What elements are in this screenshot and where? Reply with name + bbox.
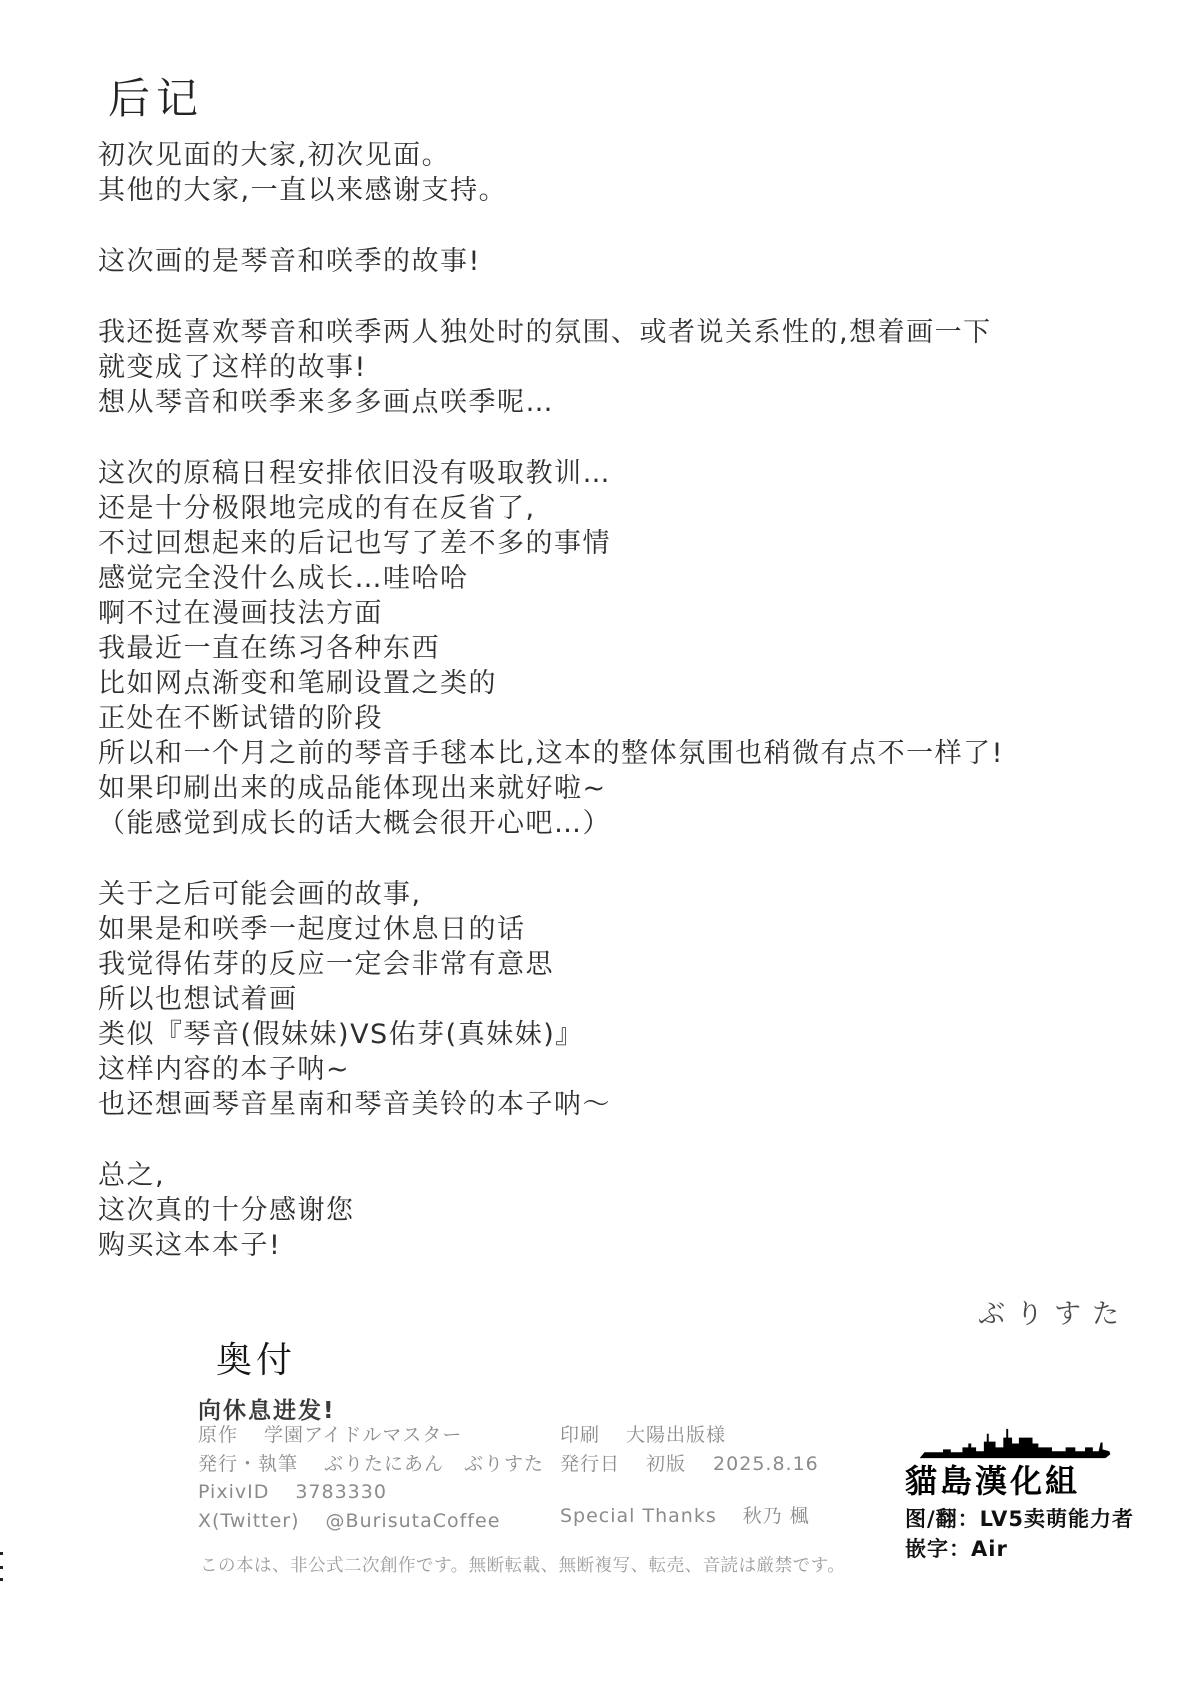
author-signature: ぶりすた xyxy=(978,1292,1130,1331)
colophon-row-label: Special Thanks xyxy=(560,1502,717,1531)
colophon-left-rows: 原作学園アイドルマスター発行・執筆ぶりたにあん ぶりすたPixivID37833… xyxy=(198,1421,558,1535)
afterword-line: 其他的大家,一直以来感谢支持。 xyxy=(98,173,1168,208)
colophon-row-value: 3783330 xyxy=(295,1478,387,1507)
afterword-line: 初次见面的大家,初次见面。 xyxy=(98,138,1168,173)
colophon-row: 印刷大陽出版様 xyxy=(560,1421,900,1450)
afterword-paragraph: 这次的原稿日程安排依旧没有吸取教训…还是十分极限地完成的有在反省了,不过回想起来… xyxy=(98,456,1168,841)
afterword-paragraph: 关于之后可能会画的故事,如果是和咲季一起度过休息日的话我觉得佑芽的反应一定会非常… xyxy=(98,877,1168,1122)
scanlation-credit-translation: 图/翻：LV5卖萌能力者 xyxy=(905,1504,1190,1534)
afterword-line: 我觉得佑芽的反应一定会非常有意思 xyxy=(98,947,1168,982)
afterword-paragraph: 我还挺喜欢琴音和咲季两人独处时的氛围、或者说关系性的,想着画一下就变成了这样的故… xyxy=(98,315,1168,420)
afterword-line: 这样内容的本子呐~ xyxy=(98,1052,1168,1087)
colophon-row-label: 印刷 xyxy=(560,1421,600,1450)
scanlation-credit-typesetting: 嵌字：Air xyxy=(905,1534,1190,1564)
afterword-line: 不过回想起来的后记也写了差不多的事情 xyxy=(98,526,1168,561)
colophon-heading: 奥付 xyxy=(216,1332,296,1383)
afterword-line: 如果印刷出来的成品能体现出来就好啦~ xyxy=(98,771,1168,806)
afterword-body: 初次见面的大家,初次见面。其他的大家,一直以来感谢支持。这次画的是琴音和咲季的故… xyxy=(98,138,1168,1299)
colophon-row-label: 原作 xyxy=(198,1421,238,1450)
colophon-right-rows: 印刷大陽出版様発行日初版 2025.8.16Special Thanks秋乃 楓 xyxy=(560,1421,900,1531)
colophon-row-value: 大陽出版様 xyxy=(626,1421,726,1450)
colophon-row-label: 発行日 xyxy=(560,1450,620,1479)
colophon-row: PixivID3783330 xyxy=(198,1478,558,1507)
colophon-row: X(Twitter)@BurisutaCoffee xyxy=(198,1507,558,1536)
afterword-line: 所以和一个月之前的琴音手毬本比,这本的整体氛围也稍微有点不一样了! xyxy=(98,736,1168,771)
colophon-row-label: PixivID xyxy=(198,1478,269,1507)
scanlation-logo-block: 貓島漢化組 图/翻：LV5卖萌能力者 嵌字：Air xyxy=(905,1426,1190,1564)
colophon-row-value: ぶりたにあん ぶりすた xyxy=(324,1450,544,1479)
afterword-line: 我还挺喜欢琴音和咲季两人独处时的氛围、或者说关系性的,想着画一下 xyxy=(98,315,1168,350)
warship-silhouette-icon xyxy=(917,1426,1113,1462)
colophon-row-value: 秋乃 楓 xyxy=(743,1502,810,1531)
afterword-line: 比如网点渐变和笔刷设置之类的 xyxy=(98,666,1168,701)
afterword-paragraph: 总之,这次真的十分感谢您购买这本本子! xyxy=(98,1158,1168,1263)
page-title: 后记 xyxy=(108,66,204,126)
colophon-row: 原作学園アイドルマスター xyxy=(198,1421,558,1450)
colophon-row: Special Thanks秋乃 楓 xyxy=(560,1502,900,1531)
afterword-line: 如果是和咲季一起度过休息日的话 xyxy=(98,912,1168,947)
afterword-line: 购买这本本子! xyxy=(98,1228,1168,1263)
afterword-line: 关于之后可能会画的故事, xyxy=(98,877,1168,912)
afterword-line: 所以也想试着画 xyxy=(98,982,1168,1017)
afterword-page: 后记 初次见面的大家,初次见面。其他的大家,一直以来感谢支持。这次画的是琴音和咲… xyxy=(0,0,1199,1690)
afterword-line: 就变成了这样的故事! xyxy=(98,350,1168,385)
colophon-disclaimer: この本は、非公式二次創作です。無断転載、無断複写、転売、音読は厳禁です。 xyxy=(200,1552,845,1577)
colophon-row-value: 学園アイドルマスター xyxy=(264,1421,462,1450)
afterword-line: 想从琴音和咲季来多多画点咲季呢… xyxy=(98,385,1168,420)
afterword-line: 感觉完全没什么成长…哇哈哈 xyxy=(98,561,1168,596)
afterword-line: 也还想画琴音星南和琴音美铃的本子呐～ xyxy=(98,1087,1168,1122)
colophon-row-value: 初版 2025.8.16 xyxy=(646,1450,819,1479)
afterword-line: 还是十分极限地完成的有在反省了, xyxy=(98,491,1168,526)
colophon-row-value: @BurisutaCoffee xyxy=(326,1507,501,1536)
afterword-line: 正处在不断试错的阶段 xyxy=(98,701,1168,736)
afterword-line: （能感觉到成长的话大概会很开心吧…） xyxy=(98,806,1168,841)
colophon-row-label: 発行・執筆 xyxy=(198,1450,298,1479)
afterword-line: 这次的原稿日程安排依旧没有吸取教训… xyxy=(98,456,1168,491)
afterword-paragraph: 这次画的是琴音和咲季的故事! xyxy=(98,244,1168,279)
scan-edge-artifact xyxy=(0,1552,3,1555)
afterword-line: 啊不过在漫画技法方面 xyxy=(98,596,1168,631)
afterword-line: 类似『琴音(假妹妹)VS佑芽(真妹妹)』 xyxy=(98,1017,1168,1052)
colophon-row-label: X(Twitter) xyxy=(198,1507,300,1536)
colophon-row: 発行・執筆ぶりたにあん ぶりすた xyxy=(198,1450,558,1479)
scanlation-group-name: 貓島漢化組 xyxy=(905,1463,1190,1499)
afterword-line: 总之, xyxy=(98,1158,1168,1193)
colophon-row: 発行日初版 2025.8.16 xyxy=(560,1450,900,1479)
afterword-line: 我最近一直在练习各种东西 xyxy=(98,631,1168,666)
afterword-line: 这次画的是琴音和咲季的故事! xyxy=(98,244,1168,279)
afterword-paragraph: 初次见面的大家,初次见面。其他的大家,一直以来感谢支持。 xyxy=(98,138,1168,208)
afterword-line: 这次真的十分感谢您 xyxy=(98,1193,1168,1228)
